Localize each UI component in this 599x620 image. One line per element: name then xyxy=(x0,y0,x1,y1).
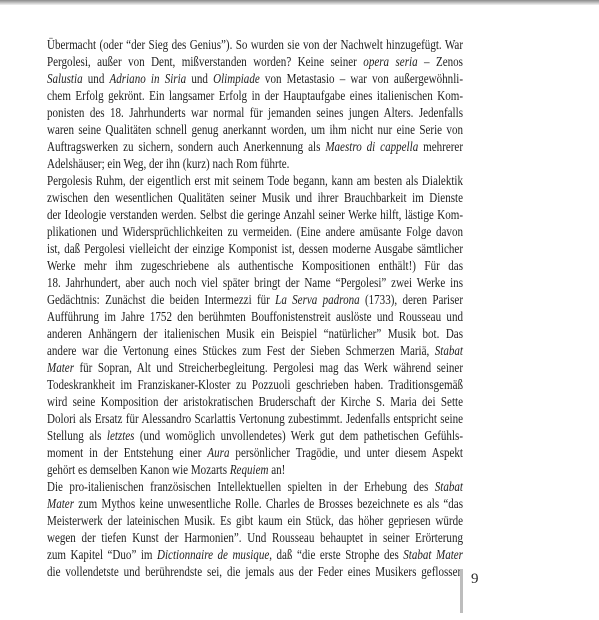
italic-text: La Serva padrona xyxy=(275,292,359,307)
text-segment: plikationen und Widersprüchlichkeiten zu… xyxy=(47,224,463,239)
italic-text: Maestro di cappella xyxy=(325,139,418,154)
italic-text: Stabat xyxy=(435,479,463,494)
text-segment: Pergolesi, außer von Dent, mißverstanden… xyxy=(47,54,363,69)
text-segment: von Metastasio – war von außergewöhnli- xyxy=(260,71,463,86)
text-segment: zum Mythos keine unwesentliche Rolle. Ch… xyxy=(74,496,463,511)
text-line: Stellung als letztes (und womöglich unvo… xyxy=(47,427,463,444)
text-segment: und xyxy=(186,71,213,86)
italic-text: Stabat Mater xyxy=(403,547,463,562)
text-segment: die vollendetste und berührendste sei, d… xyxy=(47,564,463,579)
text-line: wegen der tiefen Kunst der Harmonien”. U… xyxy=(47,529,463,546)
text-segment: andere war die Vertonung eines Stückes z… xyxy=(47,343,435,358)
text-segment: , daß “die erste Strophe des xyxy=(269,547,403,562)
text-line: Gedächtnis: Zunächst die beiden Intermez… xyxy=(47,291,463,308)
text-segment: Adelshäuser; ein Weg, der ihn (kurz) nac… xyxy=(47,156,289,171)
text-segment: (1733), deren Pariser xyxy=(360,292,463,307)
text-segment: wegen der tiefen Kunst der Harmonien”. U… xyxy=(47,530,463,545)
text-line: ist, daß Pergolesi vielleicht der einzig… xyxy=(47,240,463,257)
text-segment: mehrerer xyxy=(418,139,463,154)
text-segment: Werke mehr ihm zugeschriebene als authen… xyxy=(47,258,463,273)
text-line: Die pro-italienischen französischen Inte… xyxy=(47,478,463,495)
text-line: Todeskrankheit im Franziskaner-Kloster z… xyxy=(47,376,463,393)
text-line: Salustia und Adriano in Siria und Olimpi… xyxy=(47,70,463,87)
italic-text: Mater xyxy=(47,360,74,375)
text-line: wird seine Komposition der aristokratisc… xyxy=(47,393,463,410)
text-segment: waren seine Qualitäten schnell genug ane… xyxy=(47,122,463,137)
text-line: chem Erfolg gekrönt. Ein langsamer Erfol… xyxy=(47,87,463,104)
italic-text: Salustia xyxy=(47,71,83,86)
text-segment: Meisterwerk der lateinischen Musik. Es g… xyxy=(47,513,463,528)
text-line: anderen Anhängern der italienischen Musi… xyxy=(47,325,463,342)
text-line: Dolori als Ersatz für Alessandro Scarlat… xyxy=(47,410,463,427)
text-segment: moment in der Entstehung einer xyxy=(47,445,207,460)
text-segment: gehört es demselben Kanon wie Mozarts xyxy=(47,462,230,477)
scan-top-edge xyxy=(0,0,599,5)
text-segment: für Sopran, Alt und Streicherbegleitung.… xyxy=(74,360,463,375)
italic-text: Aura xyxy=(207,445,229,460)
text-segment: persönlicher Tragödie, und unter diesem … xyxy=(229,445,463,460)
text-line: waren seine Qualitäten schnell genug ane… xyxy=(47,121,463,138)
text-line: Mater zum Mythos keine unwesentliche Rol… xyxy=(47,495,463,512)
text-line: Werke mehr ihm zugeschriebene als authen… xyxy=(47,257,463,274)
text-segment: Dolori als Ersatz für Alessandro Scarlat… xyxy=(47,411,463,426)
italic-text: Adriano in Siria xyxy=(110,71,187,86)
text-segment: – Zenos xyxy=(418,54,463,69)
text-segment: Todeskrankheit im Franziskaner-Kloster z… xyxy=(47,377,463,392)
text-line: zum Kapitel “Duo” im Dictionnaire de mus… xyxy=(47,546,463,563)
text-line: Meisterwerk der lateinischen Musik. Es g… xyxy=(47,512,463,529)
text-segment: Aufführung im Jahre 1752 den berühmten B… xyxy=(47,309,463,324)
text-line: Auftragswerken zu sichern, sondern auch … xyxy=(47,138,463,155)
text-segment: Gedächtnis: Zunächst die beiden Intermez… xyxy=(47,292,275,307)
text-line: andere war die Vertonung eines Stückes z… xyxy=(47,342,463,359)
italic-text: opera seria xyxy=(363,54,417,69)
text-segment: 18. Jahrhundert, aber auch noch viel spä… xyxy=(47,275,463,290)
text-segment: zwischen den wesentlichen Qualitäten sei… xyxy=(47,190,463,205)
text-segment: Die pro-italienischen französischen Inte… xyxy=(47,479,435,494)
text-segment: ponisten des 18. Jahrhunderts war normal… xyxy=(47,105,463,120)
italic-text: Mater xyxy=(47,496,74,511)
text-line: moment in der Entstehung einer Aura pers… xyxy=(47,444,463,461)
text-line: gehört es demselben Kanon wie Mozarts Re… xyxy=(47,461,463,478)
text-line: 18. Jahrhundert, aber auch noch viel spä… xyxy=(47,274,463,291)
text-segment: ist, daß Pergolesi vielleicht der einzig… xyxy=(47,241,463,256)
text-line: ponisten des 18. Jahrhunderts war normal… xyxy=(47,104,463,121)
italic-text: Dictionnaire de musique xyxy=(157,547,269,562)
text-line: Adelshäuser; ein Weg, der ihn (kurz) nac… xyxy=(47,155,463,172)
page-number-rule xyxy=(460,569,463,613)
text-segment: zum Kapitel “Duo” im xyxy=(47,547,157,562)
text-segment: Stellung als xyxy=(47,428,107,443)
text-segment: Auftragswerken zu sichern, sondern auch … xyxy=(47,139,325,154)
text-line: der Ideologie verstanden werden. Selbst … xyxy=(47,206,463,223)
page-number: 9 xyxy=(471,571,479,588)
text-segment: an! xyxy=(268,462,285,477)
text-line: Übermacht (oder “der Sieg des Genius”). … xyxy=(47,36,463,53)
italic-text: letztes xyxy=(107,428,135,443)
text-line: zwischen den wesentlichen Qualitäten sei… xyxy=(47,189,463,206)
text-segment: Pergolesis Ruhm, der eigentlich erst mit… xyxy=(47,173,463,188)
text-segment: der Ideologie verstanden werden. Selbst … xyxy=(47,207,463,222)
italic-text: Requiem xyxy=(230,462,269,477)
body-text: Übermacht (oder “der Sieg des Genius”). … xyxy=(47,36,463,580)
text-segment: und xyxy=(83,71,110,86)
italic-text: Olimpiade xyxy=(213,71,260,86)
text-segment: anderen Anhängern der italienischen Musi… xyxy=(47,326,463,341)
text-segment: wird seine Komposition der aristokratisc… xyxy=(47,394,463,409)
text-line: Pergolesi, außer von Dent, mißverstanden… xyxy=(47,53,463,70)
text-segment: (und womöglich unvollendetes) Werk gut d… xyxy=(134,428,463,443)
text-line: die vollendetste und berührendste sei, d… xyxy=(47,563,463,580)
text-segment: Übermacht (oder “der Sieg des Genius”). … xyxy=(47,37,463,52)
text-line: Mater für Sopran, Alt und Streicherbegle… xyxy=(47,359,463,376)
text-line: Pergolesis Ruhm, der eigentlich erst mit… xyxy=(47,172,463,189)
italic-text: Stabat xyxy=(435,343,463,358)
text-line: Aufführung im Jahre 1752 den berühmten B… xyxy=(47,308,463,325)
text-segment: chem Erfolg gekrönt. Ein langsamer Erfol… xyxy=(47,88,463,103)
text-line: plikationen und Widersprüchlichkeiten zu… xyxy=(47,223,463,240)
